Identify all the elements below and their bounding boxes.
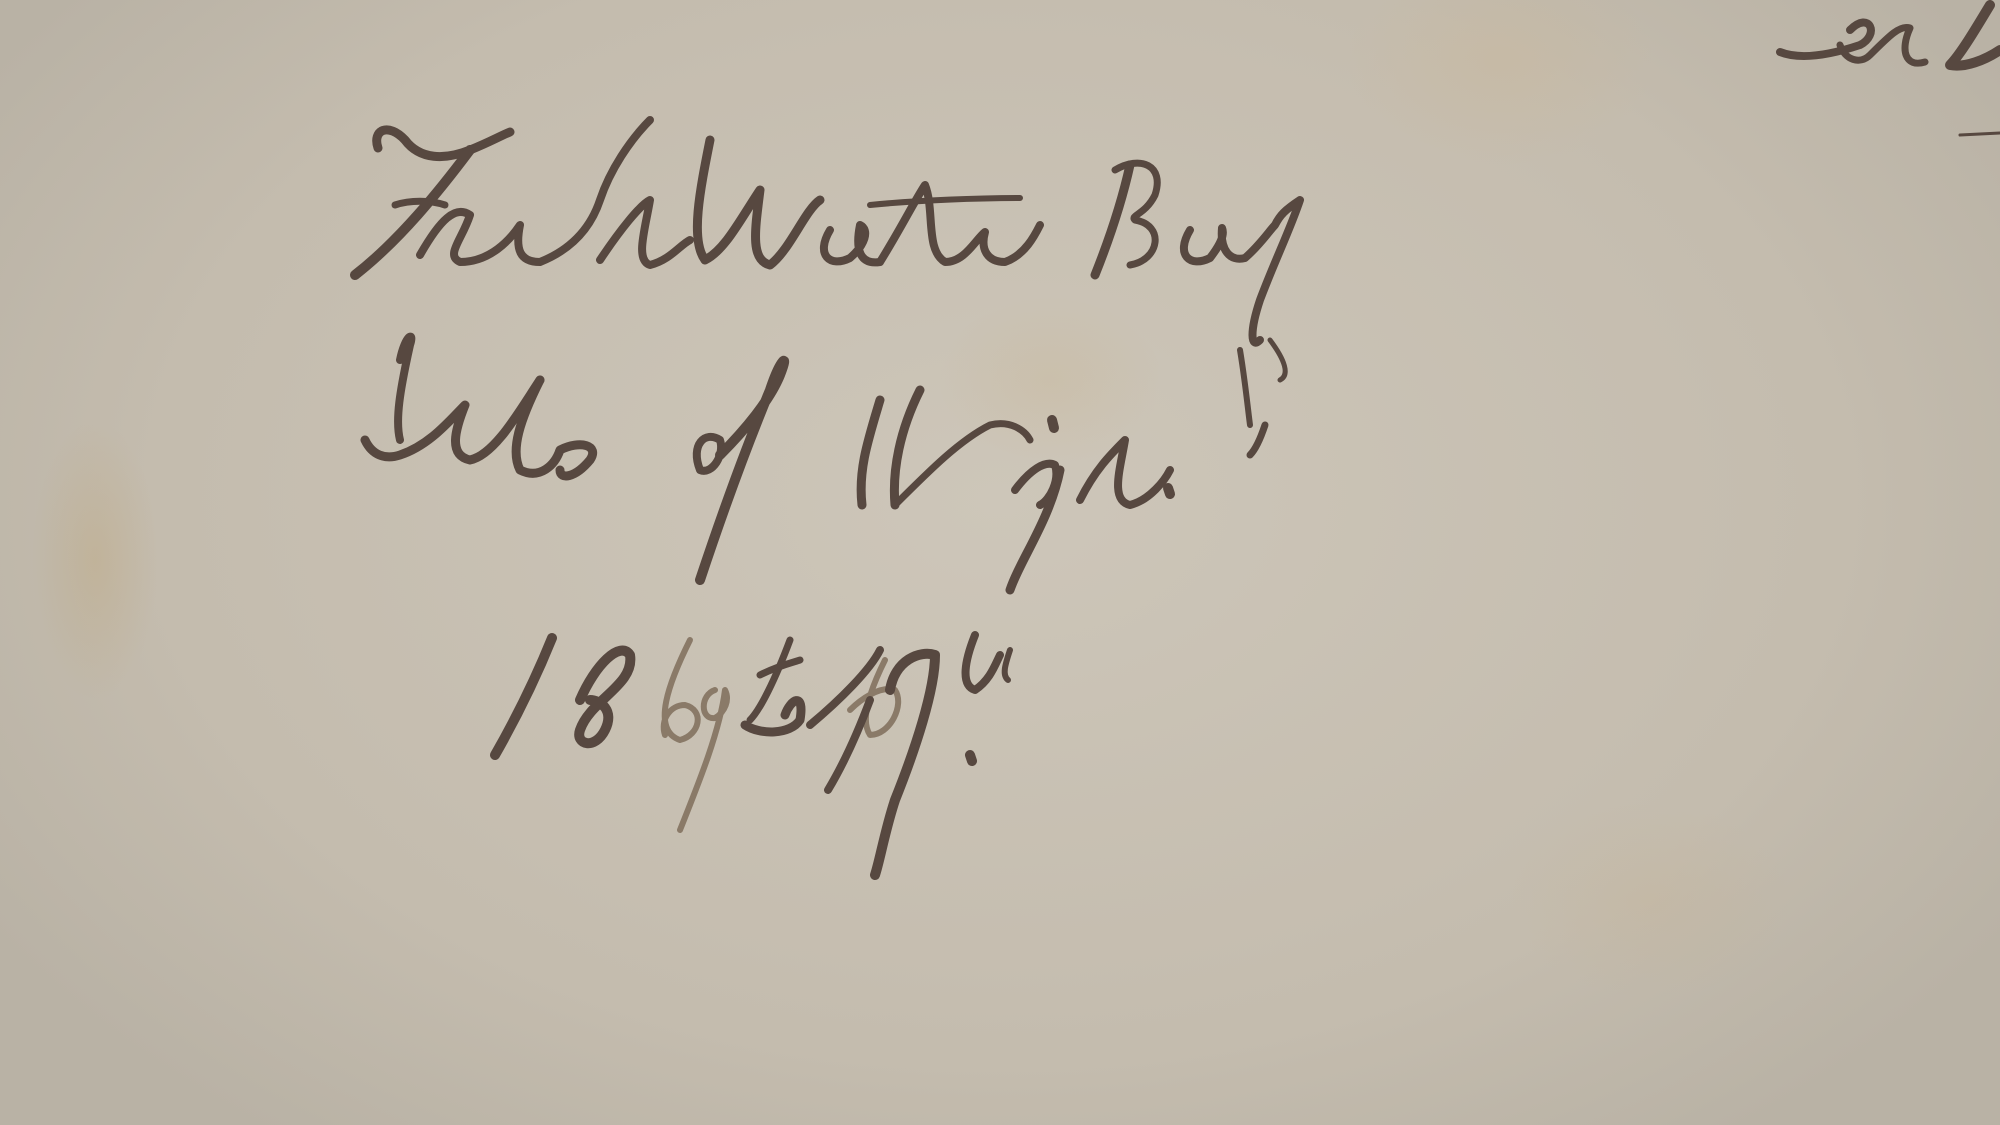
handwriting-fresh-water-bay: [355, 120, 1300, 380]
handwriting-isle-of-wight: [365, 337, 1265, 590]
handwriting-date-1869-sept-7th: [495, 635, 1010, 875]
handwriting-corner-fragment: [1780, 5, 2000, 135]
handwriting-strokes: [0, 0, 2000, 1125]
